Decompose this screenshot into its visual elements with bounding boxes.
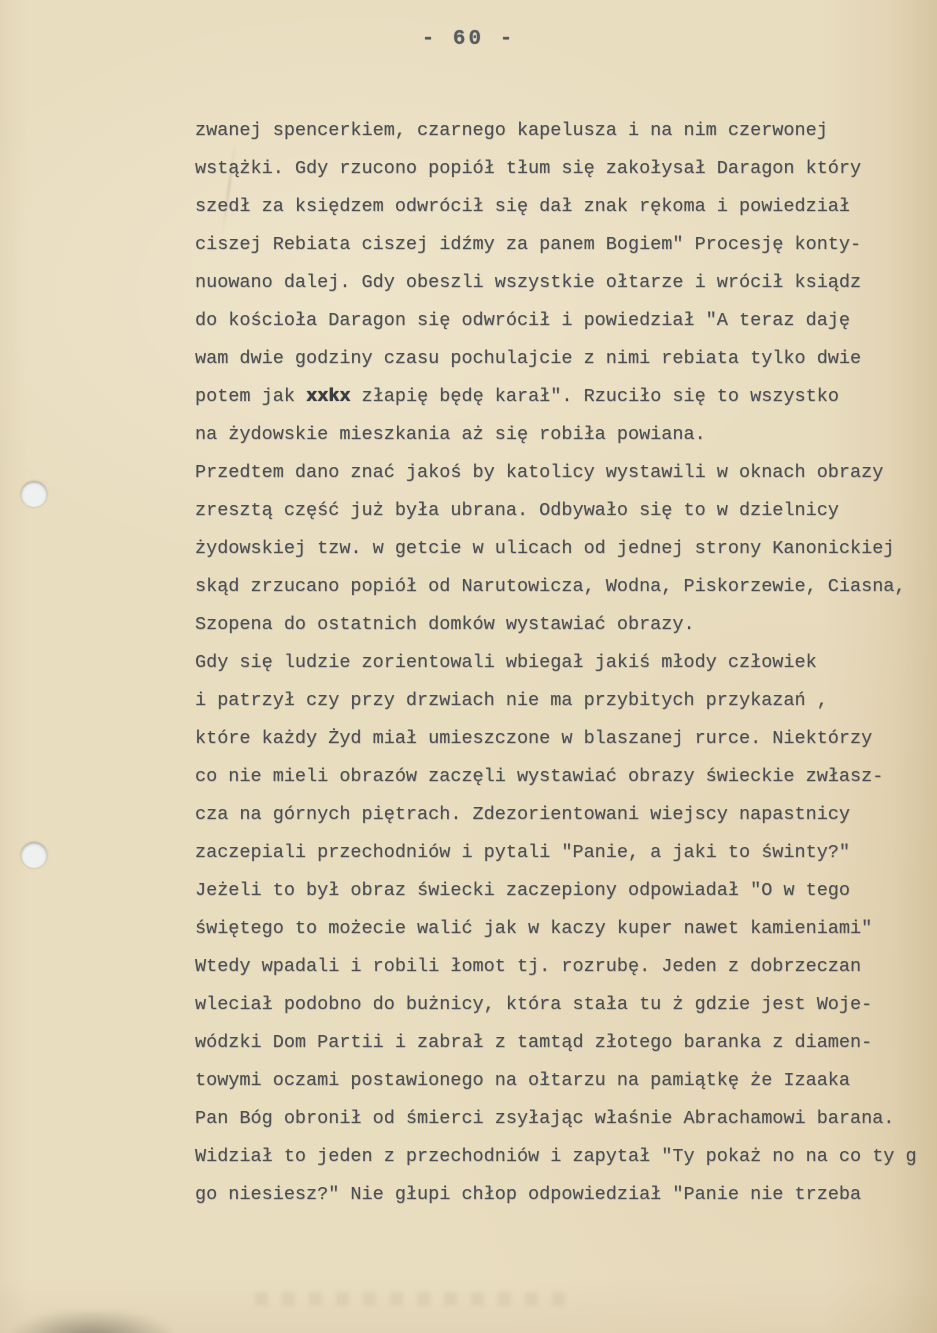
text-line: cza na górnych piętrach. Zdezorientowani… xyxy=(195,796,937,834)
text-line: go niesiesz?" Nie głupi chłop odpowiedzi… xyxy=(195,1176,937,1214)
text-line: Widział to jeden z przechodniów i zapyta… xyxy=(195,1138,937,1176)
typewritten-text: zwanej spencerkiem, czarnego kapelusza i… xyxy=(195,112,937,1214)
text-line: zaczepiali przechodniów i pytali "Panie,… xyxy=(195,834,937,872)
text-line: świętego to możecie walić jak w kaczy ku… xyxy=(195,910,937,948)
text-line: żydowskiej tzw. w getcie w ulicach od je… xyxy=(195,530,937,568)
text-line: zresztą część już była ubrana. Odbywało … xyxy=(195,492,937,530)
text-line: skąd zrzucano popiół od Narutowicza, Wod… xyxy=(195,568,937,606)
text-line: które każdy Żyd miał umieszczone w blasz… xyxy=(195,720,937,758)
text-line: szedł za księdzem odwrócił się dał znak … xyxy=(195,188,937,226)
document-page: - 60 - zwanej spencerkiem, czarnego kape… xyxy=(0,0,937,1333)
bottom-left-smudge xyxy=(12,1311,172,1333)
text-line: wam dwie godziny czasu pochulajcie z nim… xyxy=(195,340,937,378)
text-line: Wtedy wpadali i robili łomot tj. rozrubę… xyxy=(195,948,937,986)
hole-punch-top xyxy=(21,481,47,507)
text-line: Jeżeli to był obraz świecki zaczepiony o… xyxy=(195,872,937,910)
hole-punch-bottom xyxy=(21,842,47,868)
page-number: - 60 - xyxy=(0,28,937,51)
text-line: wstążki. Gdy rzucono popiół tłum się zak… xyxy=(195,150,937,188)
text-line: i patrzył czy przy drzwiach nie ma przyb… xyxy=(195,682,937,720)
text-line: nuowano dalej. Gdy obeszli wszystkie ołt… xyxy=(195,264,937,302)
ink-bleed-ghost xyxy=(255,1292,575,1306)
text-line: ciszej Rebiata ciszej idźmy za panem Bog… xyxy=(195,226,937,264)
text-line: potem jak xxkx złapię będę karał". Rzuci… xyxy=(195,378,937,416)
text-line: Przedtem dano znać jakoś by katolicy wys… xyxy=(195,454,937,492)
text-line: towymi oczami postawionego na ołtarzu na… xyxy=(195,1062,937,1100)
text-line: Pan Bóg obronił od śmierci zsyłając właś… xyxy=(195,1100,937,1138)
text-line: Gdy się ludzie zorientowali wbiegał jaki… xyxy=(195,644,937,682)
text-line: na żydowskie mieszkania aż się robiła po… xyxy=(195,416,937,454)
text-line: zwanej spencerkiem, czarnego kapelusza i… xyxy=(195,112,937,150)
text-line: Szopena do ostatnich domków wystawiać ob… xyxy=(195,606,937,644)
text-line: wleciał podobno do bużnicy, która stała … xyxy=(195,986,937,1024)
overstruck-word: xxkx xyxy=(306,386,350,407)
text-line: do kościoła Daragon się odwrócił i powie… xyxy=(195,302,937,340)
text-line: wódzki Dom Partii i zabrał z tamtąd złot… xyxy=(195,1024,937,1062)
text-line: co nie mieli obrazów zaczęli wystawiać o… xyxy=(195,758,937,796)
